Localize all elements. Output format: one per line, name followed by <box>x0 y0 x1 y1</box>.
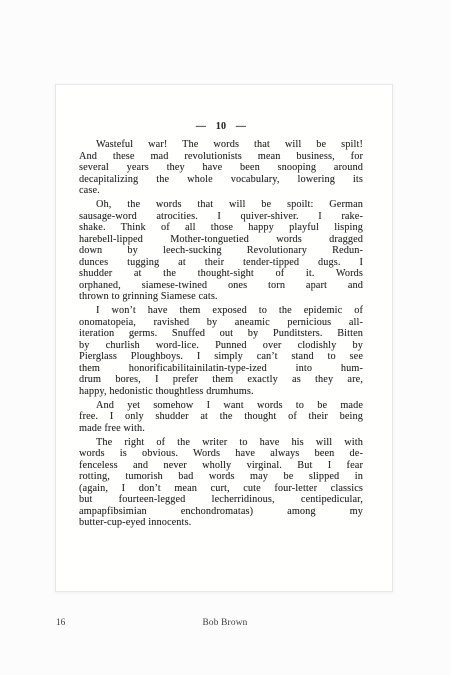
text-line: happy, hedonistic thoughtless drumhums. <box>79 386 363 398</box>
paragraph: And yet somehow I want words to be madef… <box>79 400 363 435</box>
text-line: made free with. <box>79 423 363 435</box>
book-page: — 10 — Wasteful war! The words that will… <box>55 84 393 592</box>
text-line: Wasteful war! The words that will be spi… <box>79 139 363 151</box>
text-line: sausage-word atrocities. I quiver-shiver… <box>79 211 363 223</box>
screen: — 10 — Wasteful war! The words that will… <box>0 0 450 675</box>
text-line: decapitalizing the whole vocabulary, low… <box>79 174 363 186</box>
text-line: shake. Think of all those happy playful … <box>79 222 363 234</box>
text-line: (again, I don’t mean curt, cute four-let… <box>79 483 363 495</box>
text-line: rotting, tumorish bad words may be slipp… <box>79 471 363 483</box>
text-line: Pierglass Ploughboys. I simply can’t sta… <box>79 351 363 363</box>
text-line: case. <box>79 185 363 197</box>
text-line: several years they have been snooping ar… <box>79 162 363 174</box>
paragraph: Oh, the words that will be spoilt: Germa… <box>79 199 363 303</box>
paragraph: The right of the writer to have his will… <box>79 437 363 529</box>
text-line: fenceless and never wholly virginal. But… <box>79 460 363 472</box>
text-line: ampapfibsimian enchondromatas) among my <box>79 506 363 518</box>
text-line: Oh, the words that will be spoilt: Germa… <box>79 199 363 211</box>
text-line: The right of the writer to have his will… <box>79 437 363 449</box>
text-block: Wasteful war! The words that will be spi… <box>79 139 363 529</box>
text-line: words is obvious. Words have always been… <box>79 448 363 460</box>
text-line: onomatopeia, ravished by aneamic pernici… <box>79 317 363 329</box>
text-line: And these mad revolutionists mean busine… <box>79 151 363 163</box>
page-footer: 16 Bob Brown <box>0 617 450 631</box>
text-line: iteration germs. Snuffed out by Punditst… <box>79 328 363 340</box>
text-line: harebell-lipped Mother-tonguetied words … <box>79 234 363 246</box>
paragraph: I won’t have them exposed to the epidemi… <box>79 305 363 397</box>
page-number-heading: — 10 — <box>79 121 363 132</box>
paragraph: Wasteful war! The words that will be spi… <box>79 139 363 197</box>
text-line: dunces tugging at their tender-tipped du… <box>79 257 363 269</box>
text-line: orphaned, siamese-twined ones torn apart… <box>79 280 363 292</box>
text-line: drum bores, I prefer them exactly as the… <box>79 374 363 386</box>
text-line: by churlish word-lice. Punned over clodi… <box>79 340 363 352</box>
text-line: shudder at the thought-sight of it. Word… <box>79 268 363 280</box>
text-line: free. I only shudder at the thought of t… <box>79 411 363 423</box>
text-line: thrown to grinning Siamese cats. <box>79 291 363 303</box>
running-title: Bob Brown <box>0 617 450 629</box>
text-line: them honorificabilitainilatin-type-ized … <box>79 363 363 375</box>
text-line: And yet somehow I want words to be made <box>79 400 363 412</box>
text-line: I won’t have them exposed to the epidemi… <box>79 305 363 317</box>
text-line: down by leech-sucking Revolutionary Redu… <box>79 245 363 257</box>
text-line: butter-cup-eyed innocents. <box>79 517 363 529</box>
text-line: but fourteen-legged lecherridinous, cent… <box>79 494 363 506</box>
